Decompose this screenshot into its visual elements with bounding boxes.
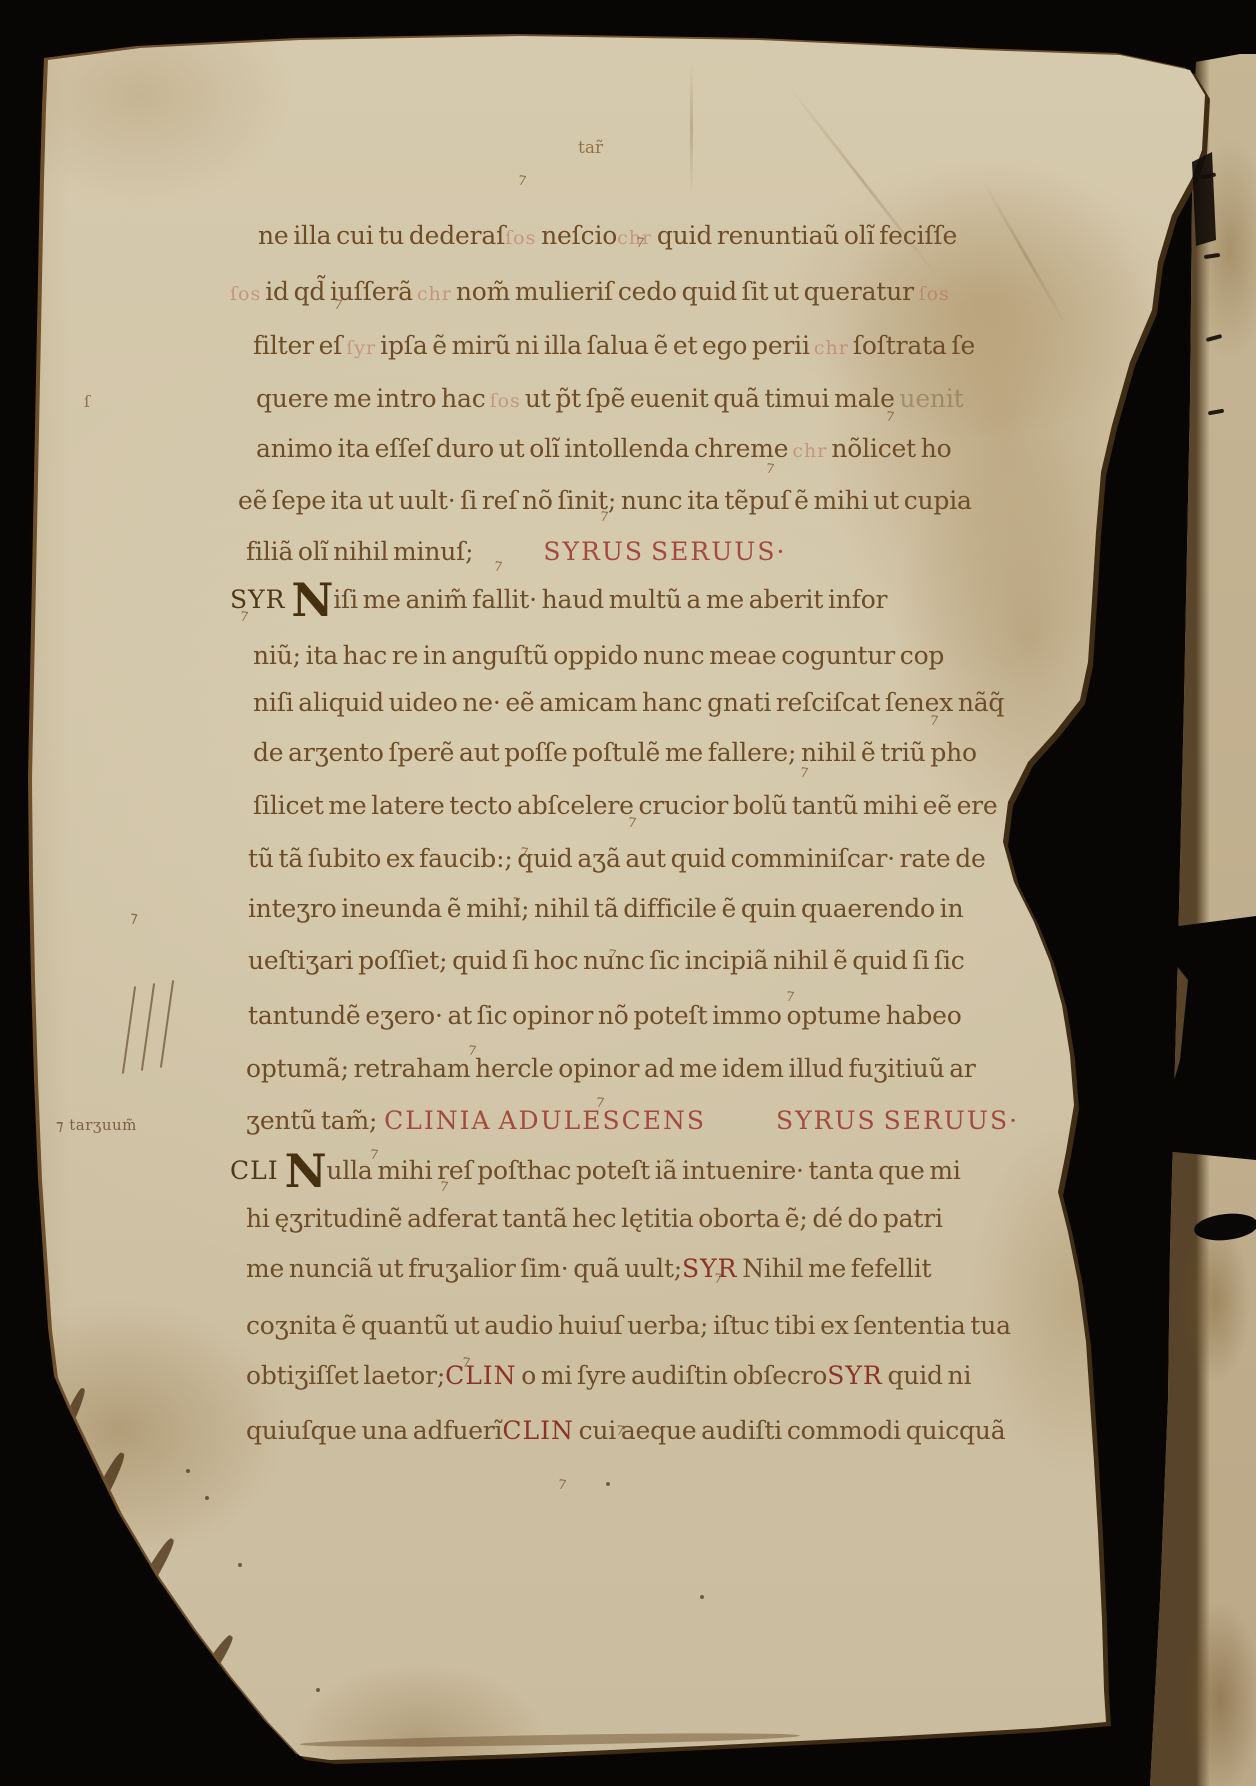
stain-speck (205, 1496, 209, 1500)
text-segment-i: ſoſtrata ſe (853, 331, 975, 360)
manuscript-text-line: CLI Nulla mihi reſ poſthac poteſt iã int… (230, 1156, 961, 1185)
text-segment-i: ʒentũ tam̃; (246, 1106, 377, 1135)
text-segment-rf: ſos (486, 390, 525, 412)
interlinear-mark: 7 (885, 409, 895, 425)
text-segment-i: ne illa cui tu dederaſ (258, 221, 505, 250)
text-segment-i: Nihil me fefellit (738, 1254, 932, 1283)
text-segment-r: SYRUS SERUUS· (543, 537, 786, 566)
text-segment-i: me nunciã ut fruʒalior ſim· quã uult; (246, 1254, 682, 1283)
text-segment-i: cui aeque audiſti commodi quicquã (574, 1416, 1006, 1445)
text-segment-i: de arʒento ſperẽ aut poſſe poſtulẽ me fa… (253, 738, 977, 767)
text-segment-i: ſilicet me latere tecto abſcelere crucio… (253, 791, 998, 820)
left-margin-hook-mark: ⁊ (128, 907, 138, 926)
crease-line (982, 181, 1070, 330)
interlinear-mark: 7 (929, 713, 939, 729)
tear-stain-line (74, 1450, 128, 1540)
text-segment-rf: ſos (919, 283, 950, 305)
stain-speck (606, 1482, 610, 1486)
text-segment-rf: ſos (505, 227, 536, 249)
interlinear-mark: 7 (333, 297, 343, 313)
text-segment-i: ulla mihi reſ poſthac poteſt iã intuenir… (326, 1156, 960, 1185)
text-segment-i: ut p̃t ſpẽ euenit quã timui male (525, 384, 895, 413)
text-segment-i: niũ; ita hac re in anguſtũ oppido nunc m… (253, 641, 944, 670)
interlinear-mark: 7 (557, 1477, 567, 1493)
text-segment-i: o mi ſyre audiſtin obſecro (517, 1361, 828, 1390)
text-segment-r: SYRUS SERUUS· (776, 1106, 1019, 1135)
manuscript-text-line: optumã; retraham hercle opinor ad me ide… (246, 1054, 976, 1083)
stain-speck (238, 1563, 242, 1567)
text-segment-i: nom̃ mulieriſ cedo quid ſit ut queratur (456, 277, 919, 306)
tear-stain-line (46, 1386, 88, 1463)
text-segment-rf: chr (413, 283, 456, 305)
text-segment-i: quid ni (883, 1361, 972, 1390)
text-segment-r: CLINIA ADULESCENS (377, 1106, 706, 1135)
interlinear-mark: 7 (599, 509, 609, 525)
tear-stain-line (115, 1536, 178, 1633)
text-segment-i: filiã olĩ nihil minuſ; (246, 537, 473, 566)
text-segment-i: optumã; retraham hercle opinor ad me ide… (246, 1054, 976, 1083)
text-segment-i: ipſa ẽ mirũ ni illa ſalua ẽ et ego perii (380, 331, 810, 360)
manuscript-text-line: filiã olĩ nihil minuſ;SYRUS SERUUS· (246, 537, 786, 566)
interlinear-mark: 7 (627, 815, 637, 831)
manuscript-text-line: inteʒro ineunda ẽ mihi; nihil tã diffici… (248, 894, 963, 923)
interlinear-mark: 7 (439, 1179, 449, 1195)
interlinear-mark: 7 (713, 1271, 723, 1287)
text-segment-s: CLI (230, 1156, 285, 1185)
manuscript-text-line: obtiʒiſſet laetor;CLIN o mi ſyre audiſti… (246, 1361, 971, 1390)
manuscript-text-line: animo ita eſſeſ duro ut olĩ intollenda c… (256, 434, 951, 463)
photo-background: tar̃ ſ ⁊ ⁊ tarʒuum̃ ne illa cui tu deder… (0, 0, 1256, 1786)
stain-speck (186, 1469, 190, 1473)
parchment-page: tar̃ ſ ⁊ ⁊ tarʒuum̃ ne illa cui tu deder… (0, 0, 1256, 1786)
text-segment-i: animo ita eſſeſ duro ut olĩ intollenda c… (256, 434, 788, 463)
text-segment-i: nõlicet ho (831, 434, 951, 463)
text-segment-sr: CLIN (445, 1361, 516, 1390)
interlinear-mark: 7 (765, 461, 775, 477)
manuscript-text-line: niũ; ita hac re in anguſtũ oppido nunc m… (253, 641, 944, 670)
left-margin-s-mark: ſ (84, 392, 90, 411)
text-segment-s: SYR (230, 585, 291, 614)
interlinear-mark: 7 (239, 609, 249, 625)
manuscript-text-line: quiuſque una adfuerĩCLIN cui aeque audiſ… (246, 1416, 1005, 1445)
manuscript-text-line: hi ęʒritudinẽ adferat tantã hec lętitia … (246, 1204, 943, 1233)
interlinear-mark: 7 (493, 559, 503, 575)
manuscript-text-line: ne illa cui tu dederaſſos neſciochr quid… (258, 221, 957, 250)
text-segment-i: coʒnita ẽ quantũ ut audio huiuſ uerba; i… (246, 1311, 1011, 1340)
manuscript-text-line: filter eſ ſyr ipſa ẽ mirũ ni illa ſalua … (253, 331, 975, 360)
manuscript-text-line: me nunciã ut fruʒalior ſim· quã uult;SYR… (246, 1254, 931, 1283)
manuscript-text-line: ſilicet me latere tecto abſcelere crucio… (253, 791, 998, 820)
crease-line (690, 64, 693, 194)
manuscript-text-line: SYR Niſi me anim̃ fallit· haud multũ a m… (230, 585, 887, 614)
text-segment-rf: chr (788, 440, 831, 462)
text-segment-n: N (285, 1144, 327, 1198)
manuscript-text-line: quere me intro hac ſos ut p̃t ſpẽ euenit… (256, 384, 963, 413)
stain-speck (700, 1595, 704, 1599)
text-segment-i: obtiʒiſſet laetor; (246, 1361, 445, 1390)
text-segment-n: N (291, 573, 333, 627)
text-segment-i: niſi aliquid uideo ne· eẽ amicam hanc gn… (253, 688, 1004, 717)
text-segment-sr: SYR (827, 1361, 882, 1390)
text-segment-f: uenit (895, 384, 964, 413)
text-segment-i: tũ tã ſubito ex faucib:; quid aʒã aut qu… (248, 844, 986, 873)
interlinear-mark: 7 (799, 765, 809, 781)
text-segment-i: tantundẽ eʒero· at ſic opinor nõ poteſt … (248, 1001, 962, 1030)
stain-speck (316, 1688, 320, 1692)
text-segment-rf: ſyr (342, 337, 380, 359)
text-segment-i: quiuſque una adfuerĩ (246, 1416, 502, 1445)
interlinear-mark: 7 (517, 173, 527, 189)
manuscript-text-line: ʒentũ tam̃; CLINIA ADULESCENSSYRUS SERUU… (246, 1106, 1019, 1135)
text-segment-sr: SYR (682, 1254, 737, 1283)
text-segment-i: iſi me anim̃ fallit· haud multũ a me abe… (333, 585, 887, 614)
manuscript-text-line: niſi aliquid uideo ne· eẽ amicam hanc gn… (253, 688, 1004, 717)
left-margin-note: ⁊ tarʒuum̃ (56, 1116, 137, 1134)
text-segment-i: hi ęʒritudinẽ adferat tantã hec lętitia … (246, 1204, 943, 1233)
text-segment-rf: ſos (230, 283, 265, 305)
manuscript-text-line: tantundẽ eʒero· at ſic opinor nõ poteſt … (248, 1001, 962, 1030)
manuscript-text-line: coʒnita ẽ quantũ ut audio huiuſ uerba; i… (246, 1311, 1011, 1340)
text-segment-i: quere me intro hac (256, 384, 486, 413)
tear-stain-line (172, 1633, 237, 1723)
tally-stroke (141, 983, 155, 1070)
manuscript-text-line: de arʒento ſperẽ aut poſſe poſtulẽ me fa… (253, 738, 977, 767)
text-segment-i: inteʒro ineunda ẽ mihi; nihil tã diffici… (248, 894, 963, 923)
text-segment-sr: CLIN (502, 1416, 573, 1445)
text-segment-i: neſcio (536, 221, 617, 250)
manuscript-text-line: tũ tã ſubito ex faucib:; quid aʒã aut qu… (248, 844, 986, 873)
tally-stroke (160, 980, 174, 1067)
text-segment-rf: chr (810, 337, 853, 359)
text-segment-i: filter eſ (253, 331, 342, 360)
tally-stroke (122, 986, 136, 1073)
top-margin-mark: tar̃ (578, 138, 603, 158)
text-segment-i: quid renuntiaũ olĩ feciſſe (652, 221, 957, 250)
